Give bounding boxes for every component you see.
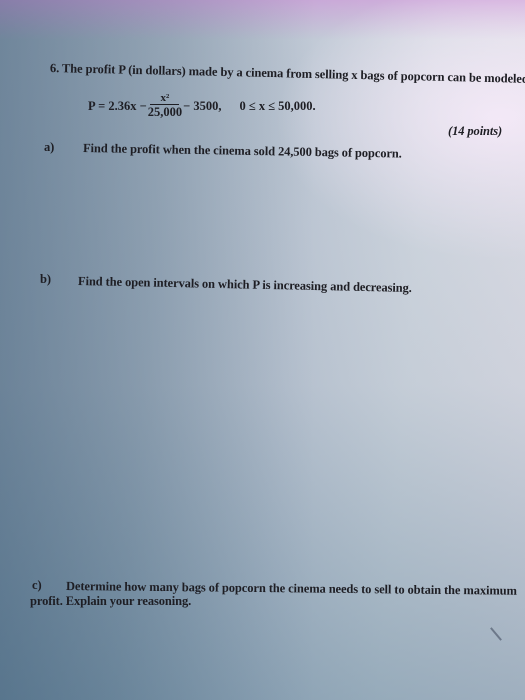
part-b-label: b) (40, 272, 51, 287)
part-b-text: Find the open intervals on which P is in… (78, 274, 412, 296)
points-label: (14 points) (448, 124, 502, 139)
pencil-mark (490, 627, 502, 641)
formula-lhs: P = 2.36x − (88, 99, 147, 114)
part-c-text-continued: profit. Explain your reasoning. (30, 594, 191, 609)
fraction-numerator: x² (150, 93, 179, 105)
question-intro-text: The profit P (in dollars) made by a cine… (62, 61, 525, 86)
question-intro: 6. The profit P (in dollars) made by a c… (50, 61, 525, 87)
fraction-denominator: 25,000 (148, 105, 182, 119)
question-number: 6. (50, 61, 60, 75)
profit-formula: P = 2.36x − x² 25,000 − 3500, 0 ≤ x ≤ 50… (88, 93, 316, 119)
part-a-label: a) (44, 140, 54, 155)
part-a-text: Find the profit when the cinema sold 24,… (83, 141, 402, 162)
formula-rhs: − 3500, (183, 99, 221, 114)
part-c-label: c) (32, 578, 42, 593)
formula-domain: 0 ≤ x ≤ 50,000. (239, 99, 315, 114)
formula-fraction: x² 25,000 (148, 93, 182, 119)
